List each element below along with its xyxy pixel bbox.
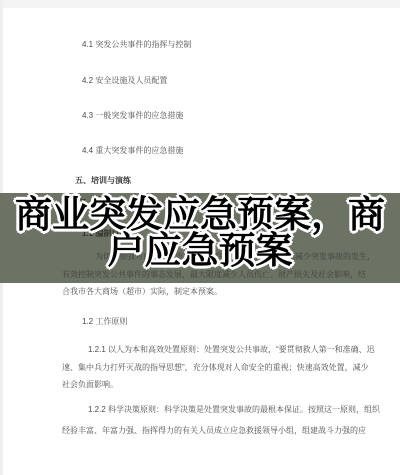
toc-item-4-2: 4.2 安全设施及人员配置 — [82, 76, 167, 86]
para-purpose-line3: 合我市各大商场（超市）实际，制定本预案。 — [62, 287, 222, 297]
para-121-line2: 速、集中兵力打歼灭战的指导思想”，充分体现对人命安全的重视；快速高效处置，减少 — [62, 363, 369, 373]
article-title-overlay: 商业突发应急预案，商 户应急预案 — [0, 197, 400, 269]
document-page: 4.1 突发公共事件的指挥与控制 4.2 安全设施及人员配置 4.3 一般突发事… — [0, 0, 400, 475]
para-122-line2: 经验丰富、年富力强、指挥得力的有关人员成立应急救援领导小组，组建战斗力强的应 — [62, 426, 366, 436]
heading-training-drills: 五、培训与演练 — [75, 176, 131, 186]
para-121-line1: 1.2.1 以人为本和高效处置原则：处置突发公共事故，“要贯彻救人第一和准确、迅 — [88, 345, 375, 355]
heading-working-principles: 1.2 工作原则 — [82, 317, 127, 327]
toc-item-4-1: 4.1 突发公共事件的指挥与控制 — [82, 40, 191, 50]
page-top-margin — [0, 0, 400, 8]
para-purpose-line2: 有效控制突发公共事件的事态发展，最大限度减少人员伤亡、财产损失及社会影响，结 — [62, 270, 366, 280]
para-122-line1: 1.2.2 科学决策原则：科学决策是处置突发事故的最根本保证。按照这一原则，组织 — [88, 405, 380, 415]
toc-item-4-4: 4.4 重大突发事件的应急措施 — [82, 146, 183, 156]
article-title-line2: 户应急预案 — [0, 233, 400, 269]
article-title-line1: 商业突发应急预案，商 — [0, 197, 400, 233]
para-121-line3: 社会负面影响。 — [62, 380, 118, 390]
toc-item-4-3: 4.3 一般突发事件的应急措施 — [82, 111, 183, 121]
